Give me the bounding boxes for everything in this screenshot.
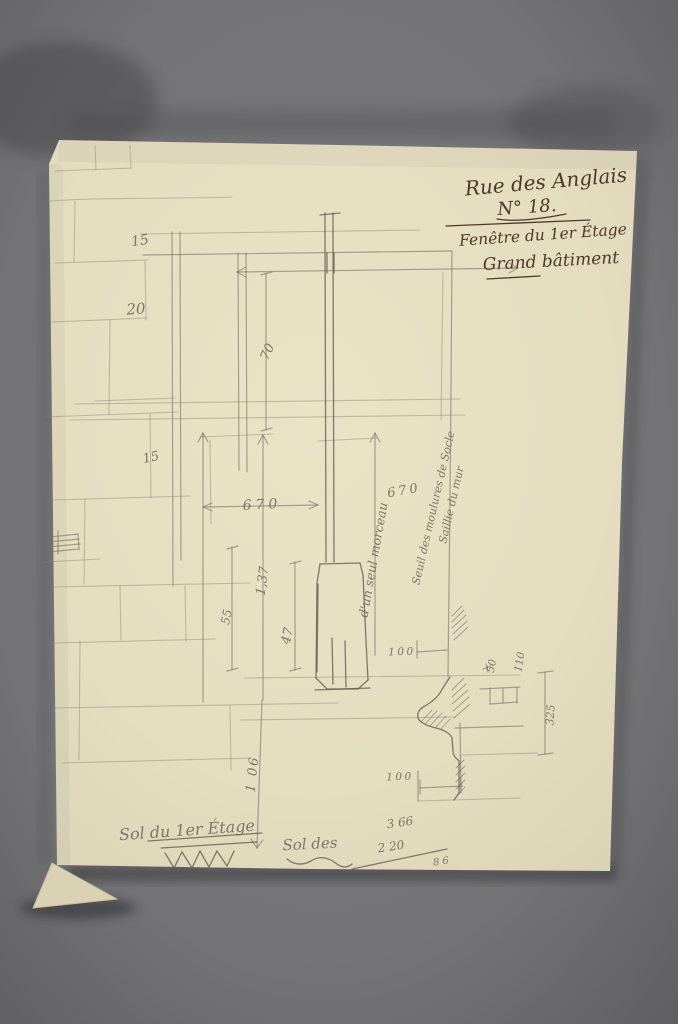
label-sol-des: Sol des (282, 834, 338, 855)
ink-line-number: N° 18. (496, 195, 557, 220)
dim-label-15-top: 15 (130, 232, 150, 250)
dim-label-20: 20 (125, 299, 147, 318)
dim-label-670-left: 670 (242, 496, 282, 514)
dim-label-100-base: 100 (386, 771, 414, 784)
calc-result-value: 8 6 (432, 855, 450, 868)
dim-label-100-sill: 100 (388, 646, 416, 659)
dim-label-325: 325 (543, 704, 557, 726)
drawing-photo: Rue des Anglais N° 18. Fenêtre du 1er Ét… (0, 0, 678, 1024)
dim-label-50: 50 (485, 658, 499, 674)
photograph-of-architectural-sketch: Rue des Anglais N° 18. Fenêtre du 1er Ét… (0, 0, 678, 1024)
